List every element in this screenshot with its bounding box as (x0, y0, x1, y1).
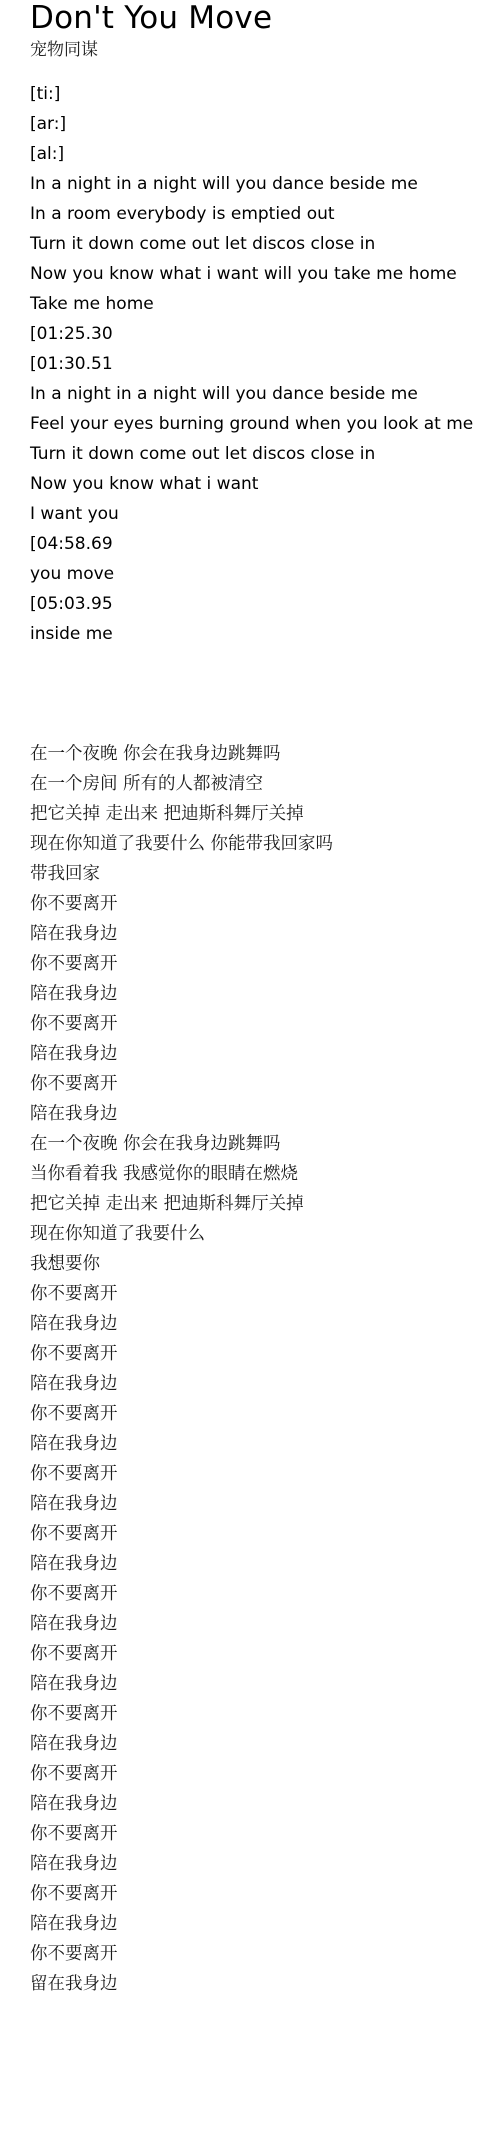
lyric-line: 你不要离开 (30, 949, 500, 979)
lyric-line: 陪在我身边 (30, 1489, 500, 1519)
lyric-line: 你不要离开 (30, 1879, 500, 1909)
lyric-line: 陪在我身边 (30, 1729, 500, 1759)
lyric-line: 陪在我身边 (30, 1309, 500, 1339)
lyric-line: 你不要离开 (30, 1819, 500, 1849)
lyric-line: [05:03.95 (30, 589, 500, 619)
lyric-line: 陪在我身边 (30, 1549, 500, 1579)
translated-lyrics-section: 在一个夜晚 你会在我身边跳舞吗在一个房间 所有的人都被清空把它关掉 走出来 把迪… (30, 739, 500, 1999)
lyric-line: 现在你知道了我要什么 (30, 1219, 500, 1249)
lyric-line: inside me (30, 619, 500, 649)
lyric-line: 你不要离开 (30, 1579, 500, 1609)
lyric-line: 陪在我身边 (30, 1099, 500, 1129)
lyric-line: 陪在我身边 (30, 1909, 500, 1939)
lyric-line: [al:] (30, 139, 500, 169)
lyric-line: Take me home (30, 289, 500, 319)
lyric-line: 把它关掉 走出来 把迪斯科舞厅关掉 (30, 1189, 500, 1219)
lyric-line: 陪在我身边 (30, 1789, 500, 1819)
lyric-line: [04:58.69 (30, 529, 500, 559)
lyric-line: [ti:] (30, 79, 500, 109)
lyric-line: 你不要离开 (30, 1699, 500, 1729)
lyric-line: [01:25.30 (30, 319, 500, 349)
lyric-line: 现在你知道了我要什么 你能带我回家吗 (30, 829, 500, 859)
song-title: Don't You Move (30, 0, 500, 36)
lyric-line: 在一个房间 所有的人都被清空 (30, 769, 500, 799)
lyric-line: 你不要离开 (30, 1009, 500, 1039)
lyric-line: 陪在我身边 (30, 1369, 500, 1399)
lyrics-body: [ti:][ar:][al:]In a night in a night wil… (30, 79, 500, 1999)
lyric-line: In a night in a night will you dance bes… (30, 379, 500, 409)
lyric-line: Turn it down come out let discos close i… (30, 229, 500, 259)
lyric-line: 把它关掉 走出来 把迪斯科舞厅关掉 (30, 799, 500, 829)
lyric-line: [ar:] (30, 109, 500, 139)
lyric-line: you move (30, 559, 500, 589)
lyric-line: 陪在我身边 (30, 1849, 500, 1879)
song-artist: 宠物同谋 (30, 37, 500, 63)
lyric-line: [01:30.51 (30, 349, 500, 379)
lyric-line: 留在我身边 (30, 1969, 500, 1999)
lyric-line: 陪在我身边 (30, 979, 500, 1009)
lyric-line: 我想要你 (30, 1249, 500, 1279)
lyric-line: 陪在我身边 (30, 1429, 500, 1459)
lyric-line: 陪在我身边 (30, 1669, 500, 1699)
lyric-line: 在一个夜晚 你会在我身边跳舞吗 (30, 1129, 500, 1159)
lyric-line: 你不要离开 (30, 1939, 500, 1969)
lyrics-page: Don't You Move 宠物同谋 [ti:][ar:][al:]In a … (30, 0, 500, 1999)
lyric-line: In a night in a night will you dance bes… (30, 169, 500, 199)
lyric-line: 在一个夜晚 你会在我身边跳舞吗 (30, 739, 500, 769)
lyric-line: 你不要离开 (30, 889, 500, 919)
lyric-line: 你不要离开 (30, 1069, 500, 1099)
original-lyrics-section: [ti:][ar:][al:]In a night in a night wil… (30, 79, 500, 649)
lyric-line: Now you know what i want will you take m… (30, 259, 500, 289)
lyric-line: 你不要离开 (30, 1279, 500, 1309)
lyric-line: 你不要离开 (30, 1759, 500, 1789)
lyric-line: 你不要离开 (30, 1339, 500, 1369)
lyric-line: 你不要离开 (30, 1459, 500, 1489)
lyric-line: Turn it down come out let discos close i… (30, 439, 500, 469)
lyric-line: 陪在我身边 (30, 1039, 500, 1069)
lyric-line: 陪在我身边 (30, 1609, 500, 1639)
lyric-line: 陪在我身边 (30, 919, 500, 949)
section-spacer (30, 649, 500, 739)
lyric-line: 你不要离开 (30, 1519, 500, 1549)
lyric-line: In a room everybody is emptied out (30, 199, 500, 229)
lyric-line: I want you (30, 499, 500, 529)
lyric-line: Now you know what i want (30, 469, 500, 499)
lyric-line: 你不要离开 (30, 1639, 500, 1669)
lyric-line: 你不要离开 (30, 1399, 500, 1429)
lyric-line: Feel your eyes burning ground when you l… (30, 409, 500, 439)
lyric-line: 带我回家 (30, 859, 500, 889)
lyric-line: 当你看着我 我感觉你的眼睛在燃烧 (30, 1159, 500, 1189)
